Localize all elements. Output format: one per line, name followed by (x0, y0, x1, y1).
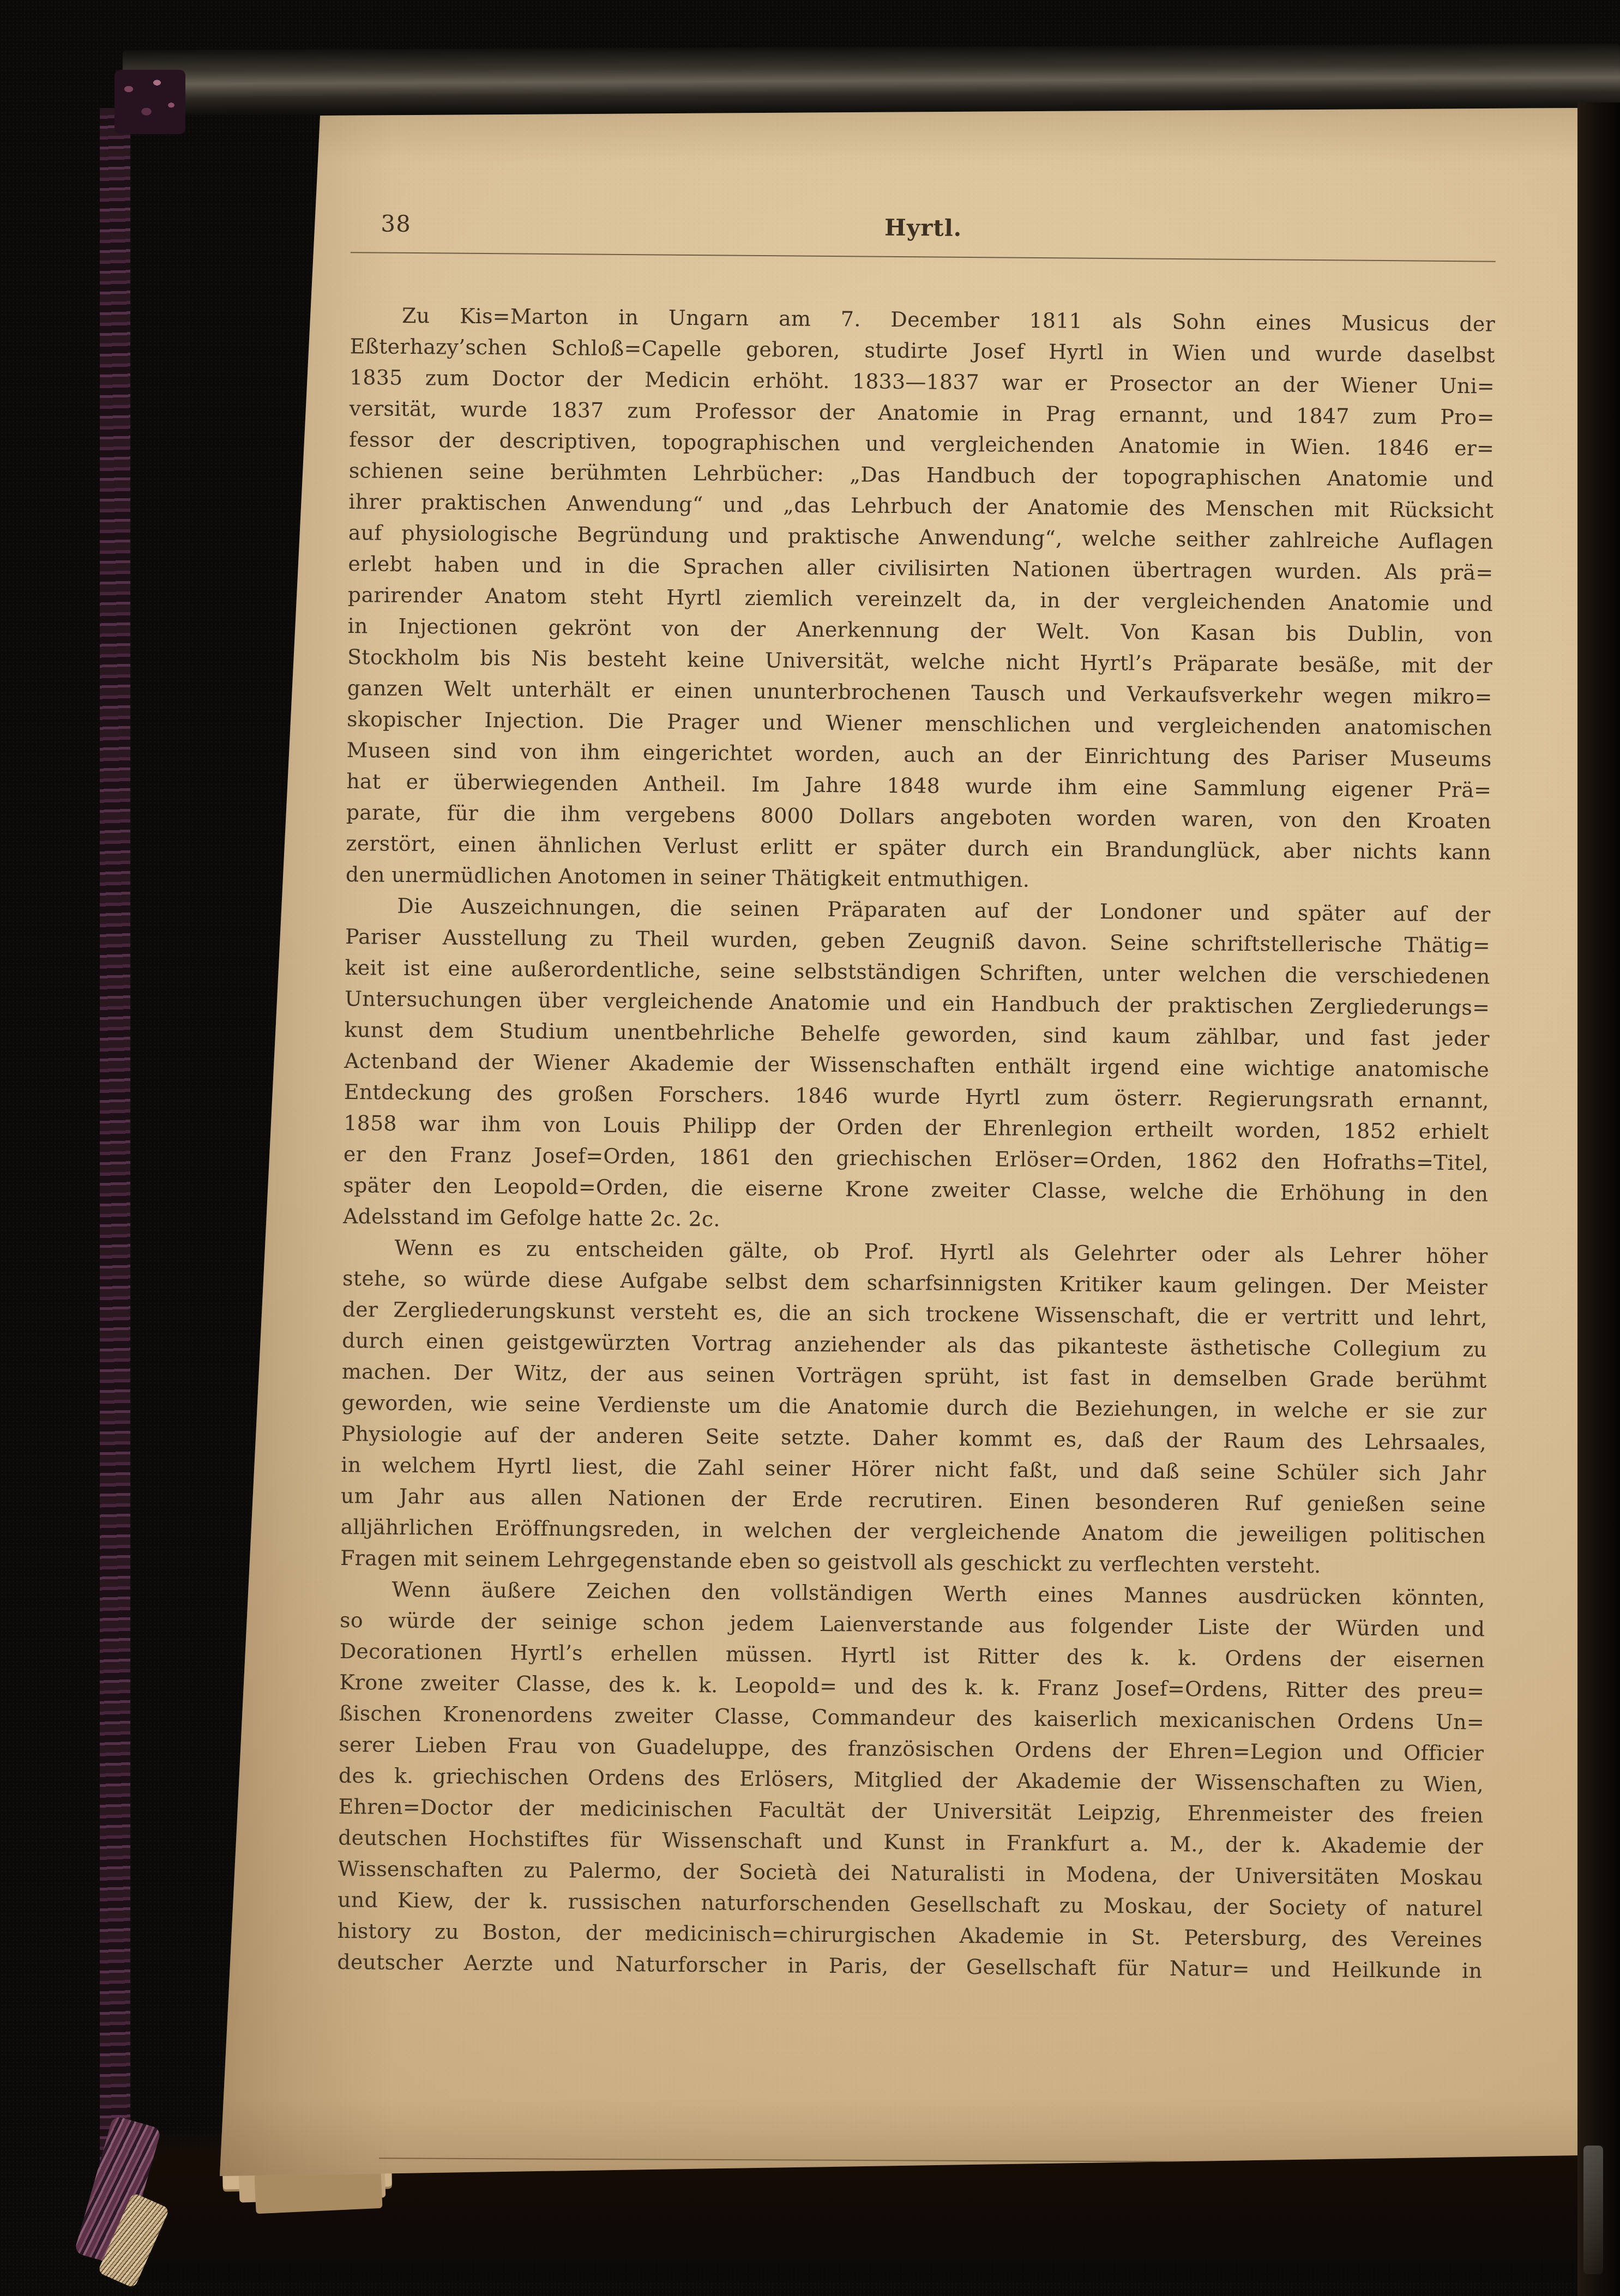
marbled-cover-edge (100, 108, 130, 2189)
book-top-edge (123, 44, 1620, 116)
cover-right-edge (1577, 102, 1620, 2296)
header-rule (351, 252, 1496, 262)
cover-right-highlight (1583, 2146, 1603, 2274)
book-photo: { "header": { "page_number": "38", "runn… (0, 0, 1620, 2296)
body-text: Zu Kis=Marton in Ungarn am 7. December 1… (337, 300, 1495, 1986)
book-page: 38 Hyrtl. Zu Kis=Marton in Ungarn am 7. … (215, 108, 1579, 2179)
page-content: 38 Hyrtl. Zu Kis=Marton in Ungarn am 7. … (199, 102, 1579, 2185)
under-page-corner (254, 2169, 382, 2214)
running-title: Hyrtl. (351, 210, 1496, 245)
page-header: 38 Hyrtl. (351, 210, 1496, 247)
